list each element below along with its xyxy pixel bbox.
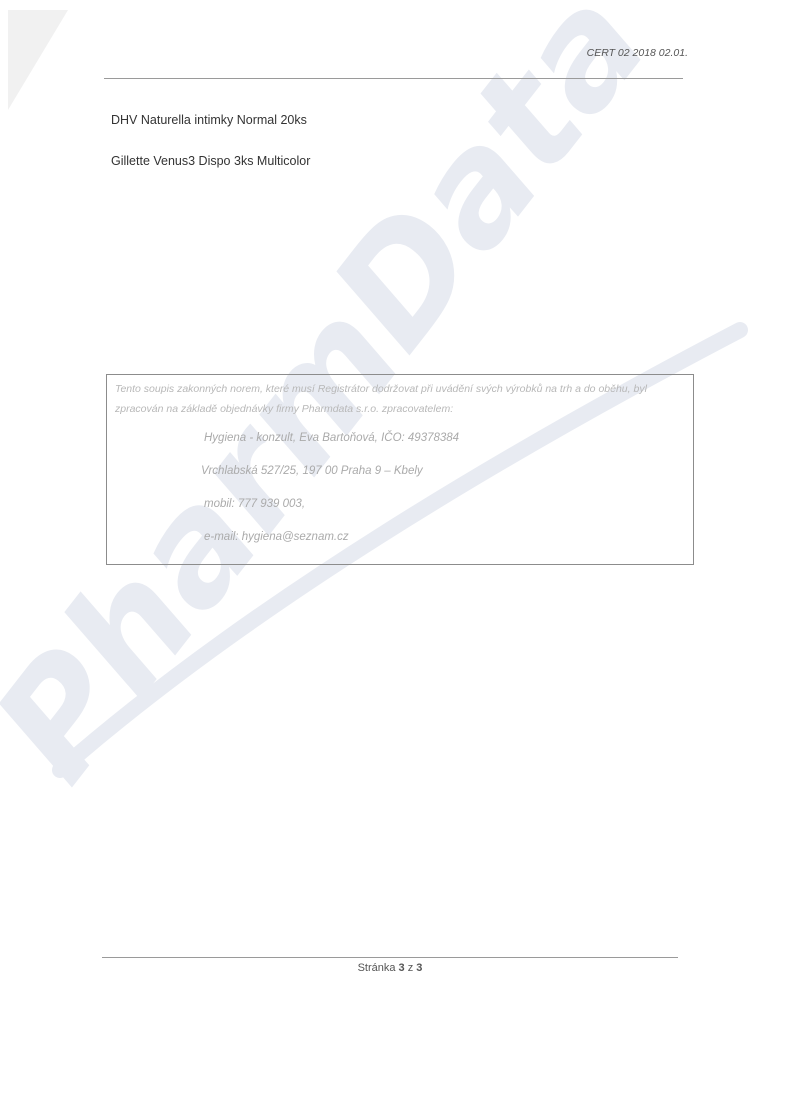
- notice-intro: Tento soupis zakonných norem, které musí…: [115, 379, 687, 419]
- document-reference: CERT 02 2018 02.01.: [587, 47, 688, 59]
- product-line: DHV Naturella intimky Normal 20ks: [111, 113, 307, 127]
- page-label: Stránka: [358, 962, 396, 974]
- page-number: Stránka 3 z 3: [0, 962, 780, 974]
- processor-company: Hygiena - konzult, Eva Bartoňová, IČO: 4…: [204, 432, 459, 444]
- page-separator: z: [408, 962, 414, 974]
- processor-mobile: mobil: 777 939 003,: [204, 498, 305, 510]
- footer-divider: [102, 957, 678, 958]
- processor-email: e-mail: hygiena@seznam.cz: [204, 531, 349, 543]
- processor-address: Vrchlabská 527/25, 197 00 Praha 9 – Kbel…: [201, 465, 423, 477]
- header-divider: [104, 78, 683, 79]
- page-total: 3: [416, 962, 422, 974]
- product-line: Gillette Venus3 Dispo 3ks Multicolor: [111, 154, 310, 168]
- page-current: 3: [399, 962, 405, 974]
- processor-notice-box: Tento soupis zakonných norem, které musí…: [106, 374, 694, 565]
- scan-corner-artifact: [8, 10, 68, 110]
